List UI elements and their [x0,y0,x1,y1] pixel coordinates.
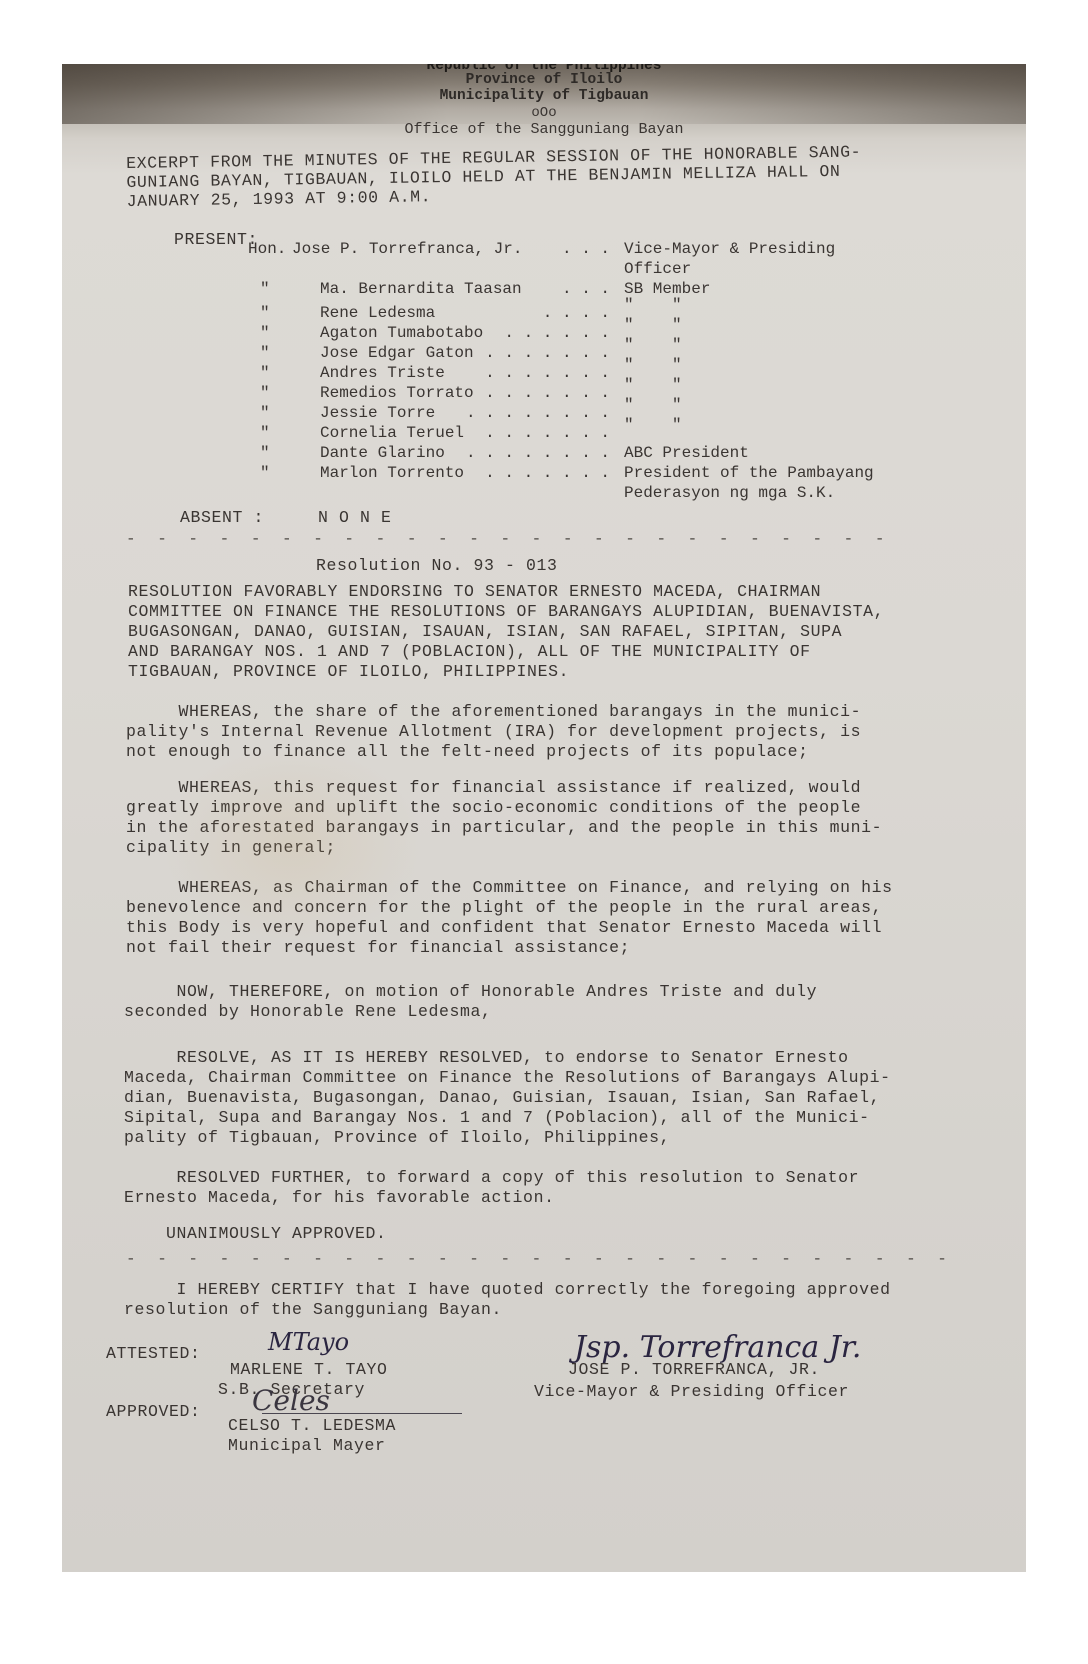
vice-mayor-name: JOSE P. TORREFRANCA, JR. [568,1362,820,1379]
member-name: Jessie Torre [320,404,435,422]
member-name: Agaton Tumabotabo [320,324,483,342]
title-line: COMMITTEE ON FINANCE THE RESOLUTIONS OF … [128,604,884,624]
certification: I HEREBY CERTIFY that I have quoted corr… [124,1282,891,1322]
member-position: " " [624,396,682,414]
member-prefix: " [260,280,270,298]
paragraph-line: Sipital, Supa and Barangay Nos. 1 and 7 … [124,1110,891,1130]
paragraph-line: not enough to finance all the felt-need … [126,744,861,764]
absent-value: N O N E [318,510,392,527]
paragraph-line: WHEREAS, the share of the aforementioned… [126,704,861,724]
member-leader-dots: . . . . . . . . [466,404,610,422]
member-leader-dots: . . . . . . [504,324,610,342]
paragraph-line: WHEREAS, as Chairman of the Committee on… [126,880,893,900]
secretary-name: MARLENE T. TAYO [230,1362,388,1379]
member-leader-dots: . . . . . . . [485,464,610,482]
resolution-paragraph: WHEREAS, as Chairman of the Committee on… [126,880,893,960]
member-position-continued: Pederasyon ng mga S.K. [624,484,835,502]
paragraph-line: seconded by Honorable Rene Ledesma, [124,1004,817,1024]
member-leader-dots: . . . . [543,304,610,322]
member-position: ABC President [624,444,749,462]
letterhead: Republic of the Philippines Province of … [62,64,1026,142]
member-leader-dots: . . . . . . . . [466,444,610,462]
letterhead-ornament: oOo [62,105,1026,121]
resolution-paragraph: NOW, THEREFORE, on motion of Honorable A… [124,984,817,1024]
member-position: President of the Pambayang [624,464,874,482]
paragraph-line: pality of Tigbauan, Province of Iloilo, … [124,1130,891,1150]
letterhead-republic: Republic of the Philippines [62,64,1026,72]
mayor-signature-line [262,1413,462,1414]
title-line: TIGBAUAN, PROVINCE OF ILOILO, PHILIPPINE… [128,664,884,684]
paragraph-line: WHEREAS, this request for financial assi… [126,780,882,800]
approval-note: UNANIMOUSLY APPROVED. [166,1226,387,1243]
member-leader-dots: . . . . . . . [485,344,610,362]
paragraph-line: not fail their request for financial ass… [126,940,893,960]
member-prefix: " [260,464,270,482]
paragraph-line: benevolence and concern for the plight o… [126,900,893,920]
absent-label: ABSENT : [180,510,264,527]
mayor-title: Municipal Mayer [228,1438,386,1455]
member-prefix: " [260,304,270,322]
paragraph-line: NOW, THEREFORE, on motion of Honorable A… [124,984,817,1004]
resolution-paragraph: RESOLVE, AS IT IS HEREBY RESOLVED, to en… [124,1050,891,1150]
divider: - - - - - - - - - - - - - - - - - - - - … [126,530,906,548]
paragraph-line: dian, Buenavista, Bugasongan, Danao, Gui… [124,1090,891,1110]
member-position: " " [624,336,682,354]
paragraph-line: RESOLVED FURTHER, to forward a copy of t… [124,1170,859,1190]
member-leader-dots: . . . [562,280,610,298]
member-position: " " [624,416,682,434]
paragraph-line: cipality in general; [126,840,882,860]
resolution-number: Resolution No. 93 - 013 [316,558,558,575]
attested-label: ATTESTED: [106,1346,201,1363]
member-position: " " [624,316,682,334]
member-prefix: " [260,364,270,382]
title-line: RESOLUTION FAVORABLY ENDORSING TO SENATO… [128,584,884,604]
present-label: PRESENT: [174,232,258,249]
member-name: Dante Glarino [320,444,445,462]
member-leader-dots: . . . [562,240,610,258]
member-name: Rene Ledesma [320,304,435,322]
member-prefix: " [260,324,270,342]
member-leader-dots: . . . . . . . [485,384,610,402]
member-prefix: " [260,344,270,362]
member-prefix: Hon. [248,240,286,258]
member-leader-dots: . . . . . . . [485,424,610,442]
title-line: AND BARANGAY NOS. 1 AND 7 (POBLACION), A… [128,644,884,664]
mayor-name: CELSO T. LEDESMA [228,1418,396,1435]
member-prefix: " [260,384,270,402]
certification-line: resolution of the Sangguniang Bayan. [124,1302,891,1322]
member-position: " " [624,296,682,314]
letterhead-province: Province of Iloilo [62,72,1026,88]
paragraph-line: this Body is very hopeful and confident … [126,920,893,940]
paragraph-line: Ernesto Maceda, for his favorable action… [124,1190,859,1210]
member-name: Jose P. Torrefranca, Jr. [292,240,522,258]
document-page: Republic of the Philippines Province of … [62,64,1026,1572]
certification-line: I HEREBY CERTIFY that I have quoted corr… [124,1282,891,1302]
member-prefix: " [260,404,270,422]
paragraph-line: Maceda, Chairman Committee on Finance th… [124,1070,891,1090]
excerpt-heading: EXCERPT FROM THE MINUTES OF THE REGULAR … [126,144,862,213]
approved-label: APPROVED: [106,1404,201,1421]
member-position: Vice-Mayor & Presiding [624,240,835,258]
member-name: Ma. Bernardita Taasan [320,280,522,298]
resolution-paragraph: WHEREAS, this request for financial assi… [126,780,882,860]
resolution-paragraph: RESOLVED FURTHER, to forward a copy of t… [124,1170,859,1210]
member-name: Remedios Torrato [320,384,474,402]
member-prefix: " [260,444,270,462]
member-leader-dots: . . . . . . . [485,364,610,382]
member-position-continued: Officer [624,260,691,278]
paragraph-line: in the aforestated barangays in particul… [126,820,882,840]
member-name: Cornelia Teruel [320,424,464,442]
member-position: " " [624,376,682,394]
resolution-paragraph: WHEREAS, the share of the aforementioned… [126,704,861,764]
letterhead-municipality: Municipality of Tigbauan [62,88,1026,105]
member-prefix: " [260,424,270,442]
member-name: Marlon Torrento [320,464,464,482]
member-position: " " [624,356,682,374]
member-name: Jose Edgar Gaton [320,344,474,362]
divider: - - - - - - - - - - - - - - - - - - - - … [126,1250,966,1268]
paragraph-line: greatly improve and uplift the socio-eco… [126,800,882,820]
title-line: BUGASONGAN, DANAO, GUISIAN, ISAUAN, ISIA… [128,624,884,644]
vice-mayor-title: Vice-Mayor & Presiding Officer [534,1384,849,1401]
member-name: Andres Triste [320,364,445,382]
secretary-signature: MTayo [268,1328,349,1356]
resolution-title: RESOLUTION FAVORABLY ENDORSING TO SENATO… [128,584,884,684]
paragraph-line: pality's Internal Revenue Allotment (IRA… [126,724,861,744]
paragraph-line: RESOLVE, AS IT IS HEREBY RESOLVED, to en… [124,1050,891,1070]
letterhead-office: Office of the Sangguniang Bayan [62,121,1026,142]
